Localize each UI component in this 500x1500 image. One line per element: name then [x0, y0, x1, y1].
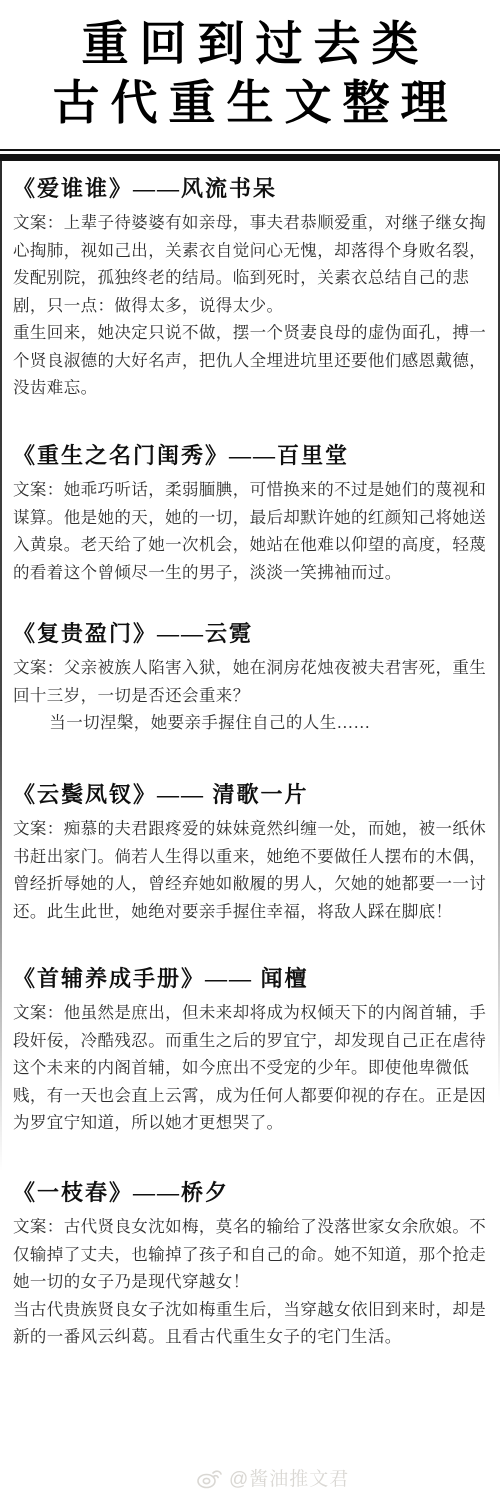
book-entry: 《云鬓凤钗》—— 清歌一片 文案：痴慕的夫君跟疼爱的妹妹竟然纠缠一处，而她，被一…: [13, 780, 487, 925]
left-edge-line: [0, 161, 2, 1171]
book-heading: 《云鬓凤钗》—— 清歌一片: [13, 780, 487, 810]
book-heading: 《爱谁谁》——风流书呆: [13, 174, 487, 204]
book-entry: 《一枝春》——桥夕 文案：古代贤良女沈如梅，莫名的输给了没落世家女余欣娘。不仅输…: [13, 1178, 487, 1351]
book-title: 《一枝春》: [13, 1180, 133, 1205]
watermark-handle: @酱油推文君: [229, 1464, 349, 1491]
dash-separator: ——: [133, 176, 181, 201]
author-name: 百里堂: [277, 443, 349, 468]
watermark: @酱油推文君: [196, 1464, 349, 1491]
book-title: 《重生之名门闺秀》: [13, 443, 229, 468]
book-title: 《复贵盈门》: [13, 621, 157, 646]
book-description: 当古代贵族贤良女子沈如梅重生后，当穿越女依旧到来时，却是新的一番风云纠葛。且看古…: [13, 1296, 487, 1351]
author-name: 云霓: [205, 621, 253, 646]
book-description: 文案：父亲被族人陷害入狱，她在洞房花烛夜被夫君害死，重生回十三岁，一切是否还会重…: [13, 654, 487, 709]
book-title: 《首辅养成手册》: [13, 966, 205, 991]
page-title-line2: 古代重生文整理: [0, 75, 500, 134]
dash-separator: ——: [205, 966, 261, 991]
page-title: 重回到过去类 古代重生文整理: [0, 16, 500, 134]
book-entry: 《首辅养成手册》—— 闻檀 文案：他虽然是庶出，但未来却将成为权倾天下的内阁首辅…: [13, 964, 487, 1137]
dash-separator: ——: [229, 443, 277, 468]
book-entry: 《复贵盈门》——云霓 文案：父亲被族人陷害入狱，她在洞房花烛夜被夫君害死，重生回…: [13, 619, 487, 737]
weibo-icon: [196, 1466, 223, 1490]
title-divider: [0, 149, 500, 161]
author-name: 闻檀: [261, 966, 309, 991]
book-heading: 《复贵盈门》——云霓: [13, 619, 487, 649]
book-heading: 《一枝春》——桥夕: [13, 1178, 487, 1208]
page: 重回到过去类 古代重生文整理 《爱谁谁》——风流书呆 文案：上辈子待婆婆有如亲母…: [0, 0, 500, 1500]
book-description: 重生回来，她决定只说不做，摆一个贤妻良母的虚伪面孔，搏一个贤良淑德的大好名声，把…: [13, 319, 487, 402]
book-heading: 《首辅养成手册》—— 闻檀: [13, 964, 487, 994]
book-heading: 《重生之名门闺秀》——百里堂: [13, 441, 487, 471]
book-entry: 《重生之名门闺秀》——百里堂 文案：她乖巧听话，柔弱腼腆，可惜换来的不过是她们的…: [13, 441, 487, 586]
book-title: 《爱谁谁》: [13, 176, 133, 201]
book-title: 《云鬓凤钗》: [13, 782, 157, 807]
dash-separator: ——: [133, 1180, 181, 1205]
book-description: 文案：古代贤良女沈如梅，莫名的输给了没落世家女余欣娘。不仅输掉了丈夫，也输掉了孩…: [13, 1213, 487, 1296]
author-name: 清歌一片: [213, 782, 309, 807]
book-entry: 《爱谁谁》——风流书呆 文案：上辈子待婆婆有如亲母，事夫君恭顺爱重，对继子继女掏…: [13, 174, 487, 402]
author-name: 风流书呆: [181, 176, 277, 201]
page-title-line1: 重回到过去类: [0, 16, 500, 75]
author-name: 桥夕: [181, 1180, 229, 1205]
book-description: 文案：她乖巧听话，柔弱腼腆，可惜换来的不过是她们的蔑视和谋算。他是她的天，她的一…: [13, 476, 487, 586]
book-description: 文案：上辈子待婆婆有如亲母，事夫君恭顺爱重，对继子继女掏心掏肺，视如己出，关素衣…: [13, 209, 487, 319]
dash-separator: ——: [157, 621, 205, 646]
book-description: 当一切涅槃，她要亲手握住自己的人生……: [13, 709, 487, 737]
book-description: 文案：痴慕的夫君跟疼爱的妹妹竟然纠缠一处，而她，被一纸休书赶出家门。倘若人生得以…: [13, 815, 487, 925]
dash-separator: ——: [157, 782, 213, 807]
book-description: 文案：他虽然是庶出，但未来却将成为权倾天下的内阁首辅，手段奸佞，冷酷残忍。而重生…: [13, 999, 487, 1137]
divider-thick-bar: [0, 154, 500, 161]
